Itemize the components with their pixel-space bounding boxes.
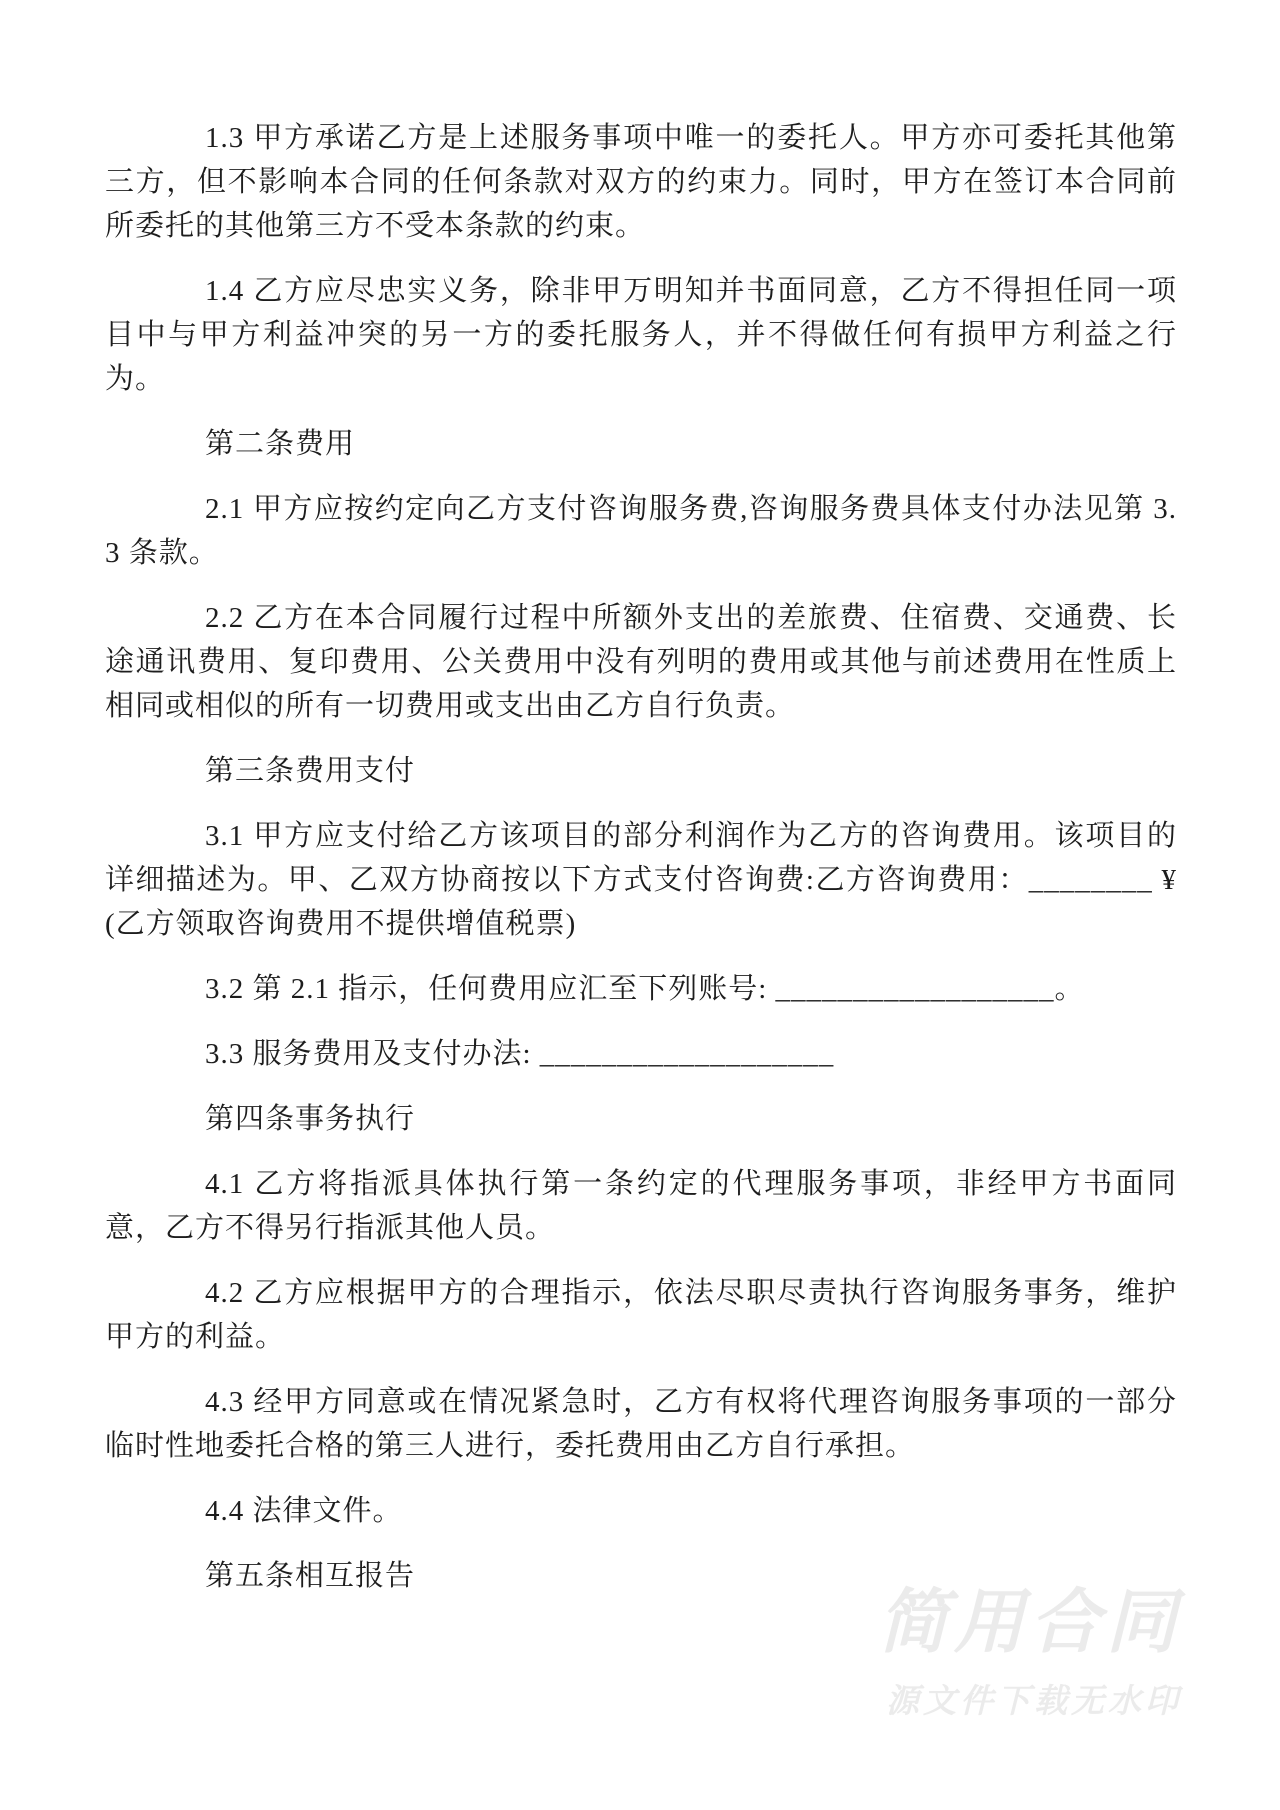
contract-paragraph: 3.3 服务费用及支付办法: ___________________ bbox=[105, 1032, 1177, 1076]
contract-paragraph: 3.2 第 2.1 指示，任何费用应汇至下列账号: ______________… bbox=[105, 967, 1177, 1011]
watermark-title: 简用合同 bbox=[878, 1584, 1182, 1661]
contract-paragraph: 第三条费用支付 bbox=[105, 749, 1177, 793]
contract-paragraph: 4.1 乙方将指派具体执行第一条约定的代理服务事项，非经甲方书面同意，乙方不得另… bbox=[105, 1162, 1177, 1250]
contract-paragraph: 1.3 甲方承诺乙方是上述服务事项中唯一的委托人。甲方亦可委托其他第三方，但不影… bbox=[105, 116, 1177, 248]
watermark: 简用合同 源文件下载无水印 bbox=[878, 1584, 1182, 1722]
document-body: 1.3 甲方承诺乙方是上述服务事项中唯一的委托人。甲方亦可委托其他第三方，但不影… bbox=[105, 116, 1177, 1619]
contract-paragraph: 4.4 法律文件。 bbox=[105, 1489, 1177, 1533]
contract-document-page: 1.3 甲方承诺乙方是上述服务事项中唯一的委托人。甲方亦可委托其他第三方，但不影… bbox=[0, 0, 1280, 1810]
contract-paragraph: 2.1 甲方应按约定向乙方支付咨询服务费,咨询服务费具体支付办法见第 3.3 条… bbox=[105, 487, 1177, 575]
contract-paragraph: 2.2 乙方在本合同履行过程中所额外支出的差旅费、住宿费、交通费、长途通讯费用、… bbox=[105, 596, 1177, 728]
contract-paragraph: 4.2 乙方应根据甲方的合理指示，依法尽职尽责执行咨询服务事务，维护甲方的利益。 bbox=[105, 1271, 1177, 1359]
contract-paragraph: 第二条费用 bbox=[105, 422, 1177, 466]
watermark-subtitle: 源文件下载无水印 bbox=[878, 1675, 1182, 1722]
contract-paragraph: 4.3 经甲方同意或在情况紧急时，乙方有权将代理咨询服务事项的一部分临时性地委托… bbox=[105, 1380, 1177, 1468]
contract-paragraph: 1.4 乙方应尽忠实义务，除非甲万明知并书面同意，乙方不得担任同一项目中与甲方利… bbox=[105, 269, 1177, 401]
contract-paragraph: 第四条事务执行 bbox=[105, 1097, 1177, 1141]
contract-paragraph: 3.1 甲方应支付给乙方该项目的部分利润作为乙方的咨询费用。该项目的详细描述为。… bbox=[105, 814, 1177, 946]
